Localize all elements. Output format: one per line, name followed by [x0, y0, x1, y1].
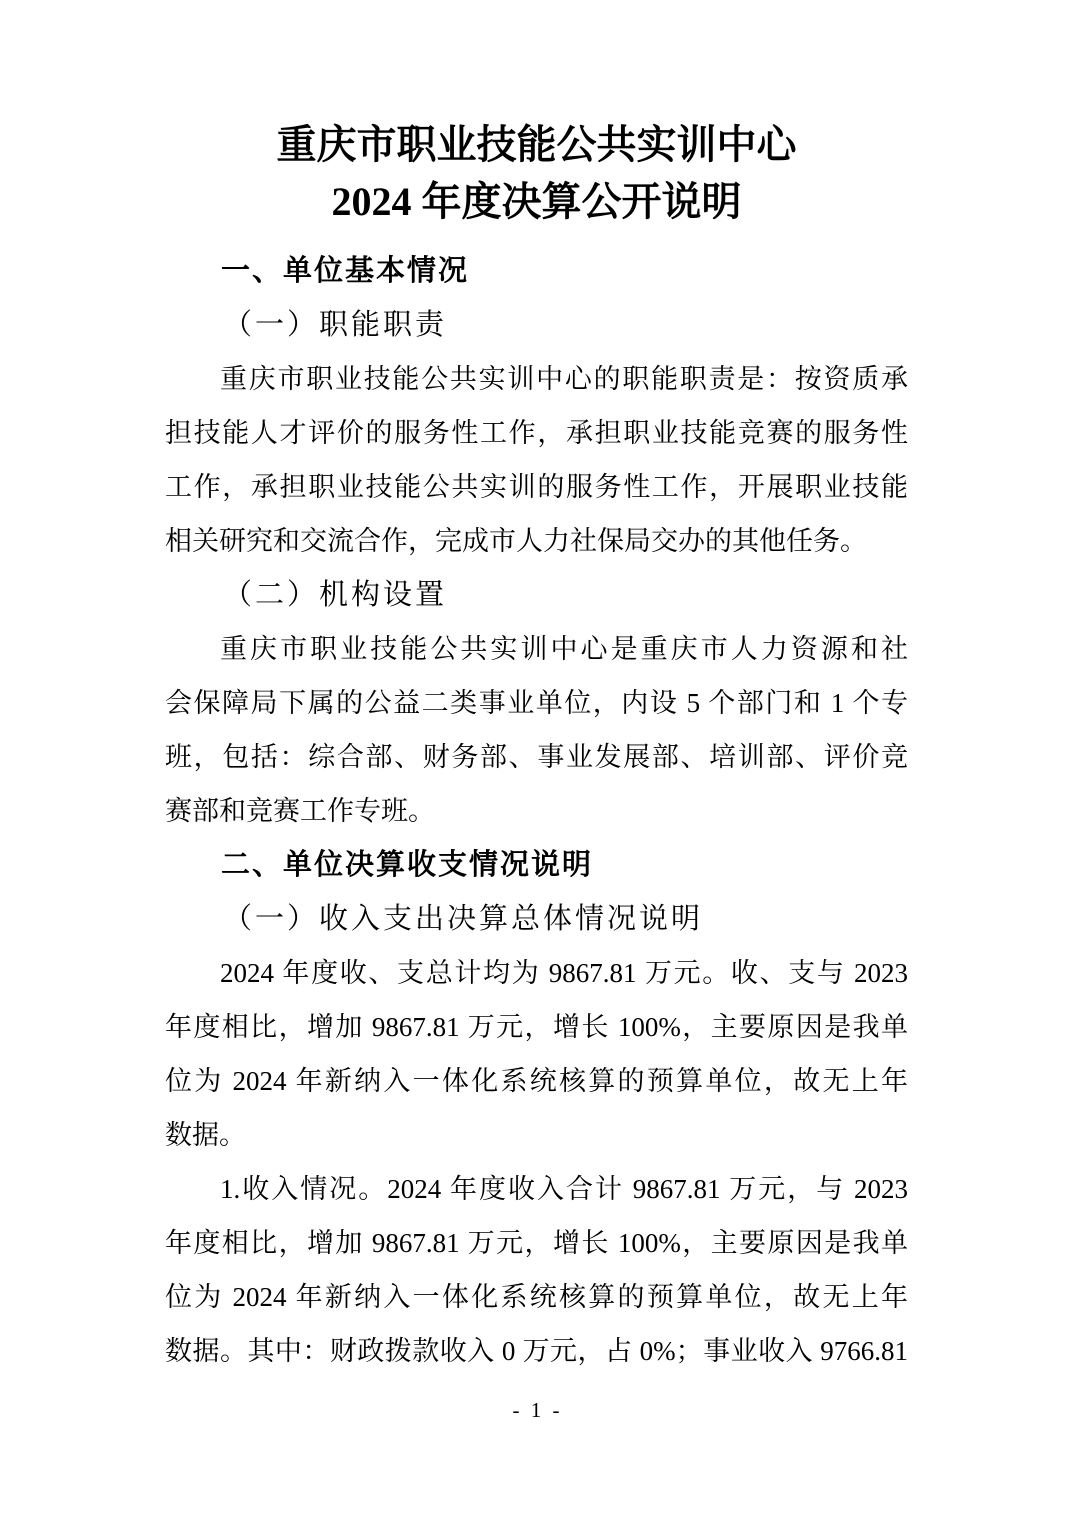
paragraph-line: 2024 年度收、支总计均为 9867.81 万元。收、支与 2023 [165, 946, 908, 1000]
paragraph-line: 位为 2024 年新纳入一体化系统核算的预算单位，故无上年 [165, 1054, 908, 1108]
page-number: - 1 - [0, 1398, 1075, 1423]
subsection-heading-duties: （一）职能职责 [165, 298, 908, 352]
paragraph-line: 班，包括：综合部、财务部、事业发展部、培训部、评价竞 [165, 730, 908, 784]
subsection-heading-income-expense-overview: （一）收入支出决算总体情况说明 [165, 892, 908, 946]
section-heading-unit-basic-info: 一、单位基本情况 [165, 244, 908, 298]
paragraph-line: 数据。其中：财政拨款收入 0 万元，占 0%；事业收入 9766.81 [165, 1324, 908, 1378]
paragraph-line: 重庆市职业技能公共实训中心是重庆市人力资源和社 [165, 622, 908, 676]
document-title-line-2: 2024 年度决算公开说明 [165, 173, 908, 230]
document-page: 重庆市职业技能公共实训中心 2024 年度决算公开说明 一、单位基本情况 （一）… [0, 0, 1075, 1520]
paragraph-line: 年度相比，增加 9867.81 万元，增长 100%，主要原因是我单 [165, 1000, 908, 1054]
paragraph-line: 会保障局下属的公益二类事业单位，内设 5 个部门和 1 个专 [165, 676, 908, 730]
subsection-heading-org-structure: （二）机构设置 [165, 568, 908, 622]
paragraph-line: 位为 2024 年新纳入一体化系统核算的预算单位，故无上年 [165, 1270, 908, 1324]
paragraph-line: 担技能人才评价的服务性工作，承担职业技能竞赛的服务性 [165, 406, 908, 460]
paragraph-line: 1.收入情况。2024 年度收入合计 9867.81 万元，与 2023 [165, 1162, 908, 1216]
paragraph-line: 重庆市职业技能公共实训中心的职能职责是：按资质承 [165, 352, 908, 406]
document-title: 重庆市职业技能公共实训中心 2024 年度决算公开说明 [165, 116, 908, 230]
paragraph-line: 相关研究和交流合作，完成市人力社保局交办的其他任务。 [165, 514, 908, 568]
document-title-line-1: 重庆市职业技能公共实训中心 [165, 116, 908, 173]
section-heading-budget-statement: 二、单位决算收支情况说明 [165, 838, 908, 892]
paragraph-line: 工作，承担职业技能公共实训的服务性工作，开展职业技能 [165, 460, 908, 514]
paragraph-line: 年度相比，增加 9867.81 万元，增长 100%，主要原因是我单 [165, 1216, 908, 1270]
paragraph-line: 数据。 [165, 1108, 908, 1162]
document-content: 重庆市职业技能公共实训中心 2024 年度决算公开说明 一、单位基本情况 （一）… [165, 116, 908, 1378]
paragraph-line: 赛部和竞赛工作专班。 [165, 784, 908, 838]
